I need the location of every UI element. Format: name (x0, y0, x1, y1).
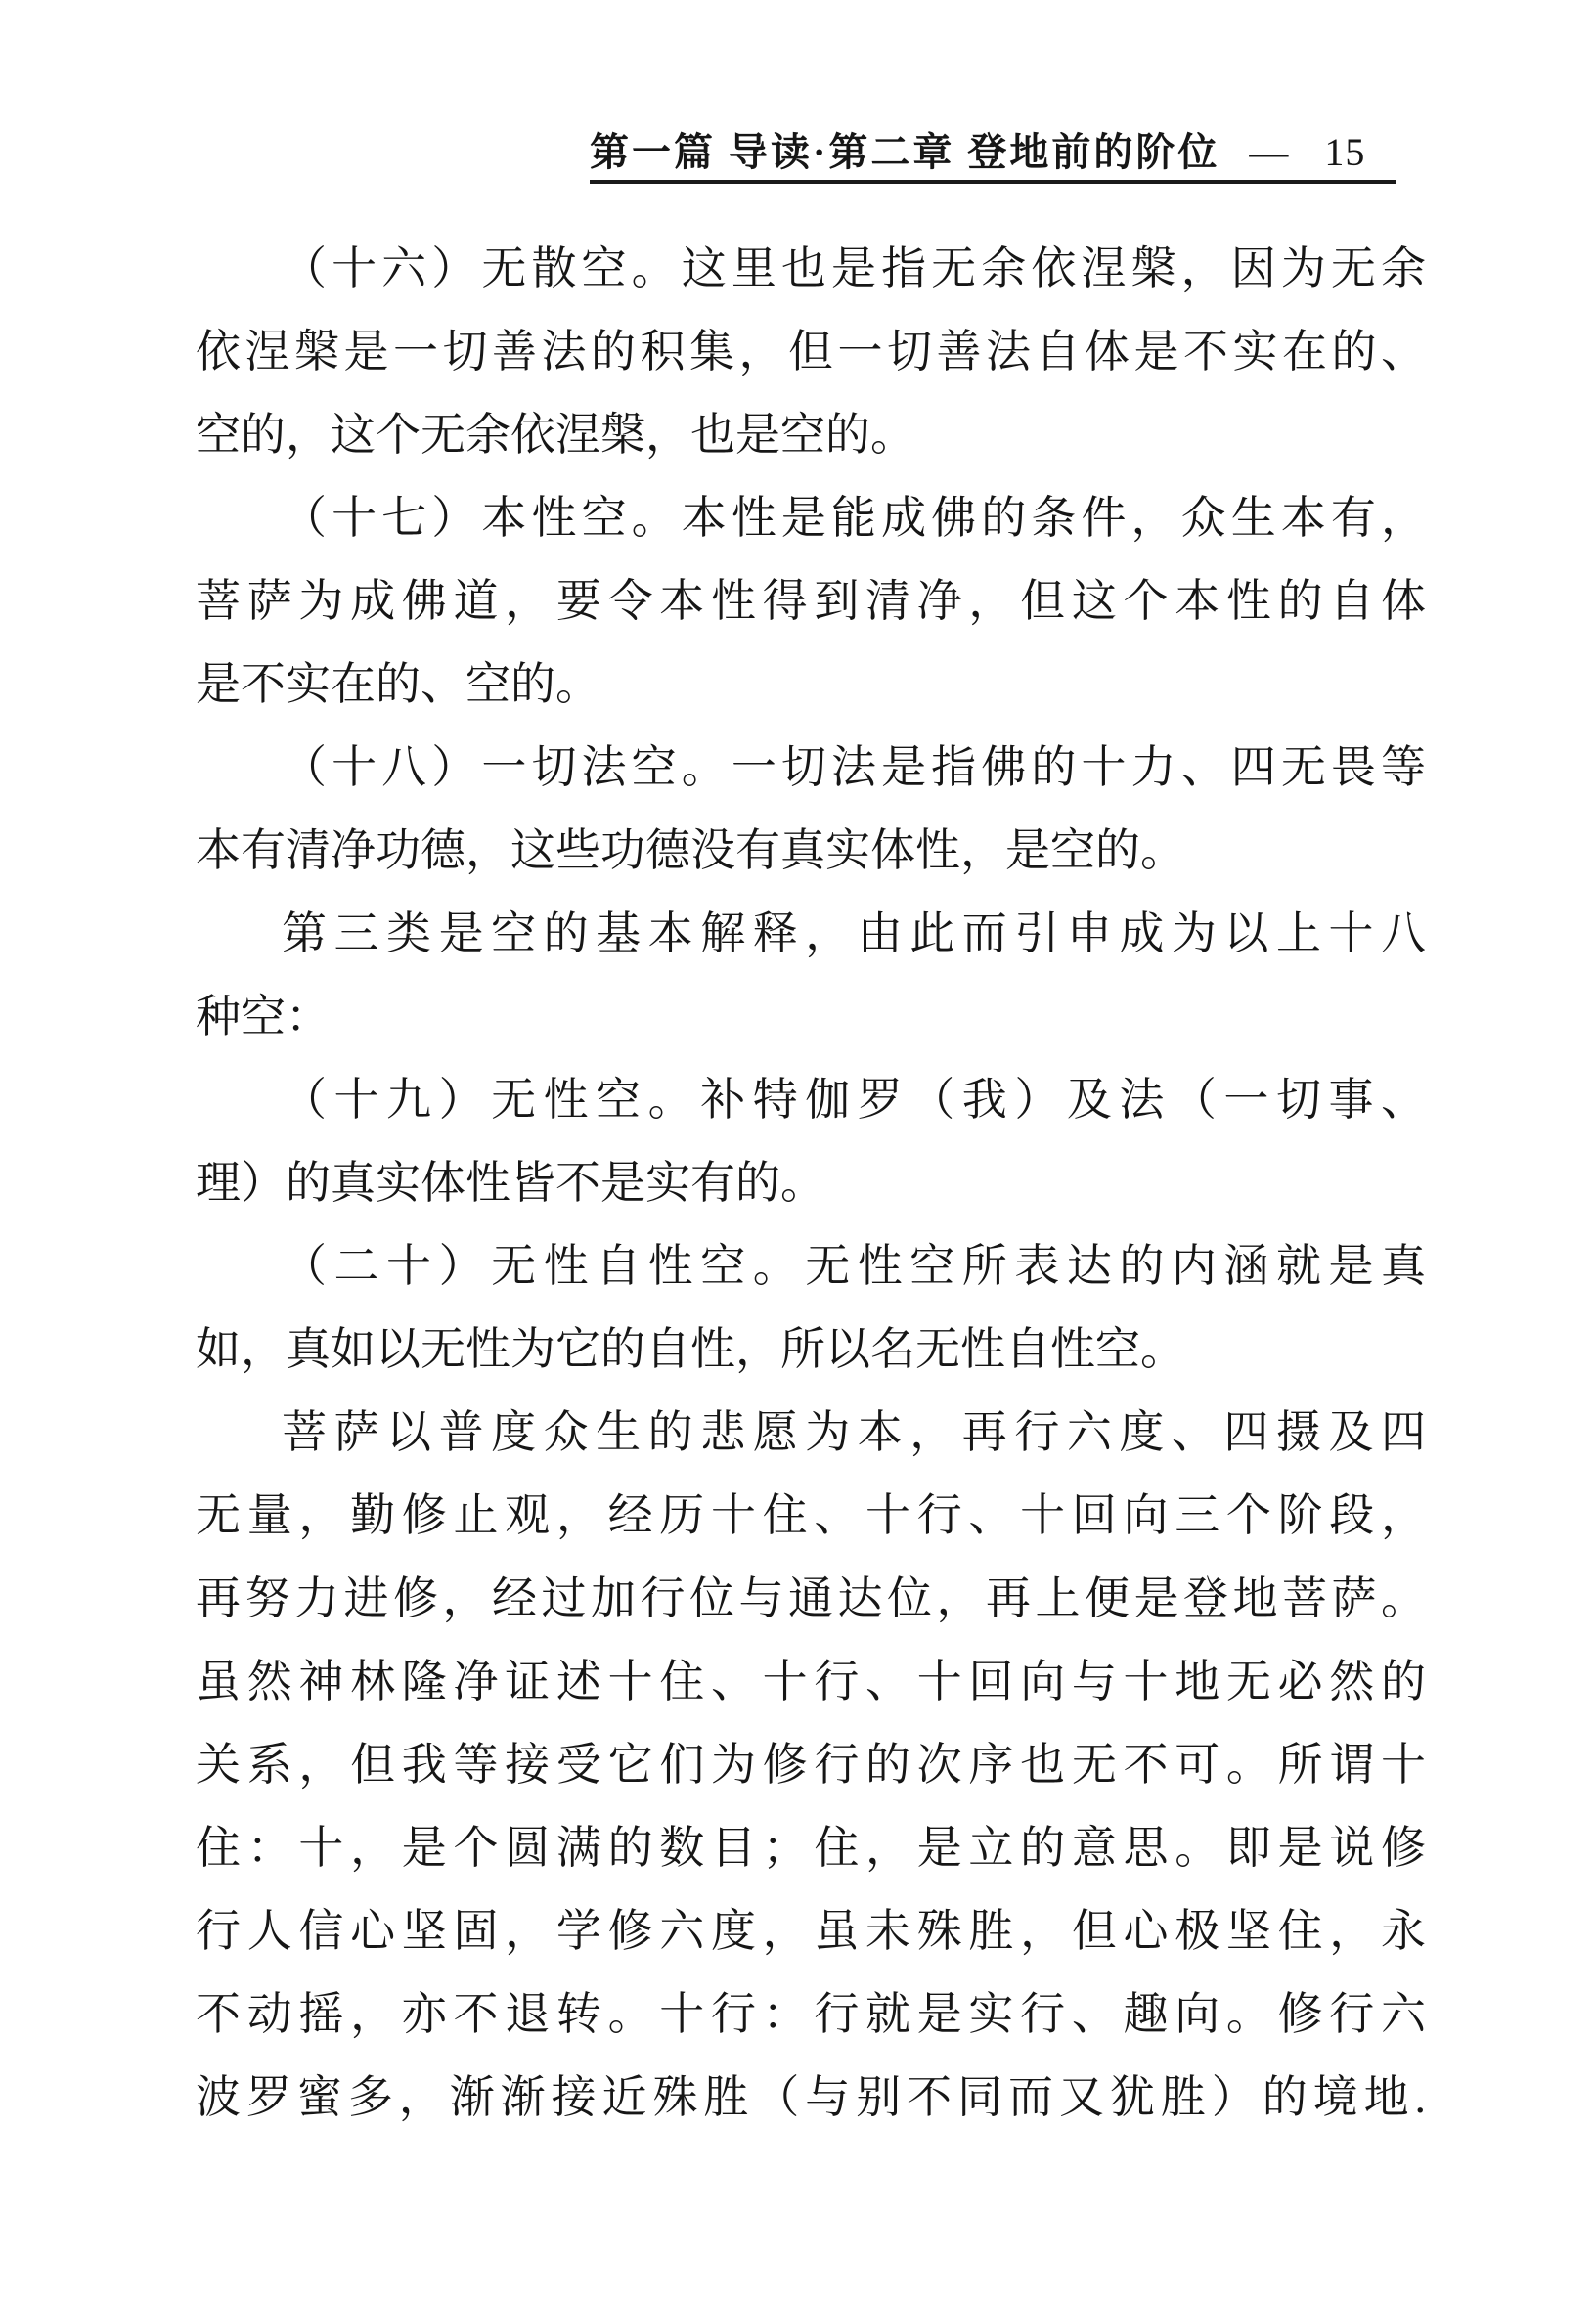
body-line: 依涅槃是一切善法的积集，但一切善法自体是不实在的、 (196, 310, 1426, 393)
body-line: （十九）无性空。补特伽罗（我）及法（一切事、 (196, 1058, 1426, 1141)
body-line: 住：十，是个圆满的数目；住，是立的意思。即是说修 (196, 1806, 1426, 1889)
body-line: （十六）无散空。这里也是指无余依涅槃，因为无余 (196, 227, 1426, 310)
body-text: （十六）无散空。这里也是指无余依涅槃，因为无余依涅槃是一切善法的积集，但一切善法… (196, 227, 1426, 2139)
body-line: 无量，勤修止观，经历十住、十行、十回向三个阶段， (196, 1474, 1426, 1557)
body-line: 种空： (196, 975, 1426, 1058)
body-line: 本有清净功德，这些功德没有真实体性，是空的。 (196, 809, 1426, 892)
body-line: 空的，这个无余依涅槃，也是空的。 (196, 393, 1426, 476)
page-header: 第一篇 导读·第二章 登地前的阶位—15 (590, 125, 1396, 184)
body-line: 菩萨为成佛道，要令本性得到清净，但这个本性的自体 (196, 559, 1426, 642)
body-line: 关系，但我等接受它们为修行的次序也无不可。所谓十 (196, 1723, 1426, 1806)
body-line: 第三类是空的基本解释，由此而引申成为以上十八 (196, 892, 1426, 975)
header-separator: — (1249, 125, 1291, 180)
body-line: 波罗蜜多，渐渐接近殊胜（与别不同而又犹胜）的境地. (196, 2056, 1426, 2139)
body-line: 再努力进修，经过加行位与通达位，再上便是登地菩萨。 (196, 1557, 1426, 1640)
page-number: 15 (1324, 130, 1365, 174)
body-line: 不动摇，亦不退转。十行：行就是实行、趣向。修行六 (196, 1972, 1426, 2056)
body-line: （十八）一切法空。一切法是指佛的十力、四无畏等 (196, 726, 1426, 809)
body-line: （二十）无性自性空。无性空所表达的内涵就是真 (196, 1224, 1426, 1307)
body-line: 理）的真实体性皆不是实有的。 (196, 1141, 1426, 1224)
book-page: 第一篇 导读·第二章 登地前的阶位—15 （十六）无散空。这里也是指无余依涅槃，… (0, 0, 1596, 2303)
body-line: 是不实在的、空的。 (196, 642, 1426, 726)
running-title: 第一篇 导读·第二章 登地前的阶位 (590, 130, 1219, 174)
body-line: 行人信心坚固，学修六度，虽未殊胜，但心极坚住，永 (196, 1889, 1426, 1972)
body-line: 如，真如以无性为它的自性，所以名无性自性空。 (196, 1307, 1426, 1391)
body-line: （十七）本性空。本性是能成佛的条件，众生本有， (196, 476, 1426, 559)
body-line: 虽然神林隆净证述十住、十行、十回向与十地无必然的 (196, 1640, 1426, 1723)
body-line: 菩萨以普度众生的悲愿为本，再行六度、四摄及四 (196, 1391, 1426, 1474)
